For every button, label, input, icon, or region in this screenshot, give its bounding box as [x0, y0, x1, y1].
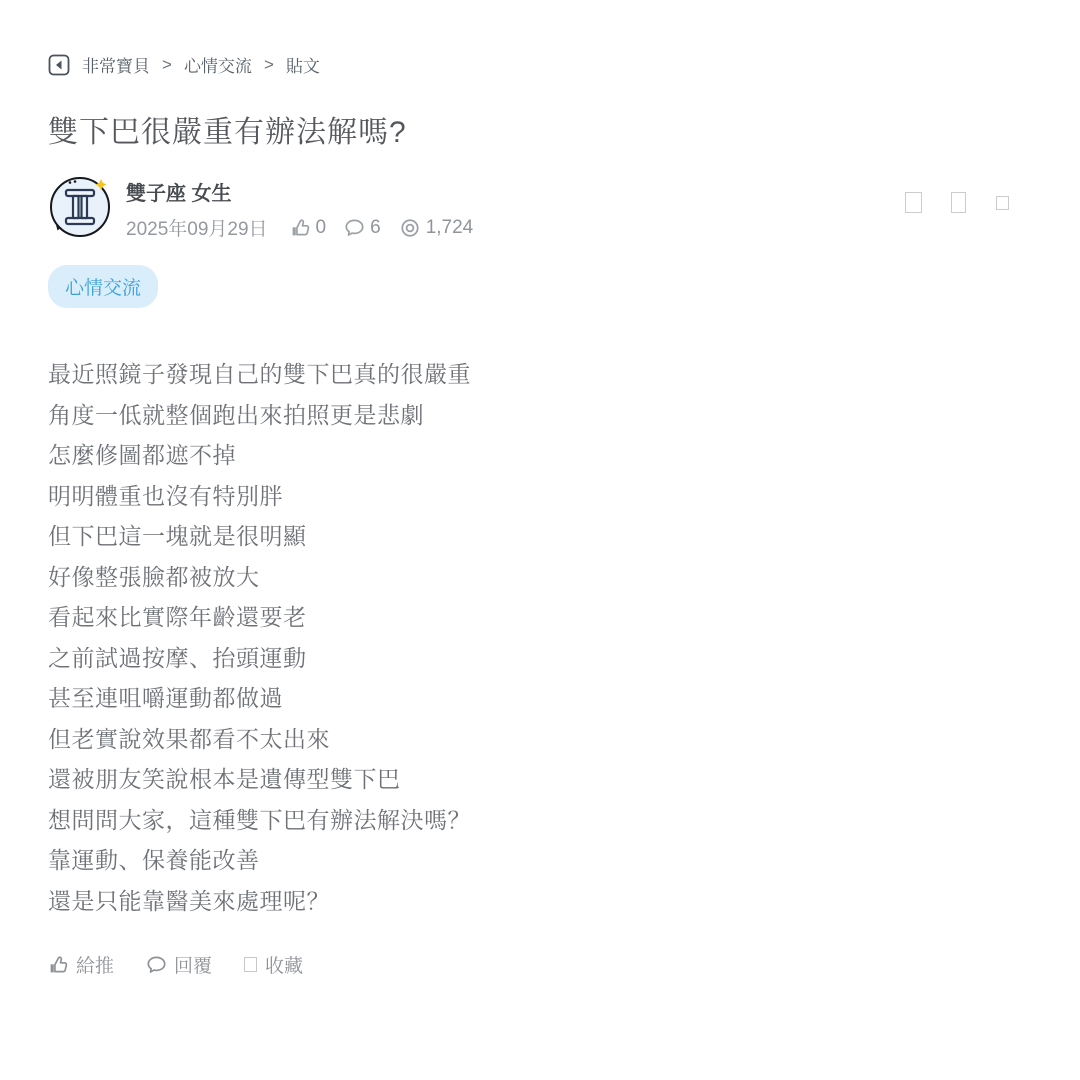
back-button[interactable] — [48, 54, 70, 76]
breadcrumb-separator: > — [162, 55, 172, 75]
date-stats-row: 2025年09月29日 0 6 — [126, 214, 491, 241]
footer-actions: 給推 回覆 收藏 — [48, 951, 1032, 978]
author-avatar[interactable] — [48, 175, 112, 239]
bookmark-icon-placeholder — [244, 957, 257, 972]
body-line: 好像整張臉都被放大 — [48, 557, 1032, 598]
views-stat: 1,724 — [399, 217, 474, 239]
action-icon-placeholder-1[interactable] — [905, 192, 922, 213]
post-date: 2025年09月29日 — [126, 214, 268, 241]
body-line: 之前試過按摩、抬頭運動 — [48, 638, 1032, 679]
author-name[interactable]: 雙子座 女生 — [126, 177, 491, 206]
body-line: 還是只能靠醫美來處理呢？ — [48, 881, 1032, 922]
comment-bubble-icon — [344, 217, 365, 238]
tag-row: 心情交流 — [48, 265, 1032, 308]
body-line: 想問問大家，這種雙下巴有辦法解決嗎？ — [48, 800, 1032, 841]
body-line: 但老實說效果都看不太出來 — [48, 719, 1032, 760]
post-title: 雙下巴很嚴重有辦法解嗎? — [48, 107, 1032, 151]
body-line: 最近照鏡子發現自己的雙下巴真的很嚴重 — [48, 354, 1032, 395]
views-count: 1,724 — [426, 217, 474, 239]
bookmark-button-label: 收藏 — [265, 951, 303, 978]
body-line: 看起來比實際年齡還要老 — [48, 597, 1032, 638]
author-row: 雙子座 女生 2025年09月29日 0 6 — [48, 175, 1032, 241]
breadcrumb-item-post[interactable]: 貼文 — [286, 52, 320, 77]
thumbs-up-icon — [48, 954, 69, 975]
breadcrumb: 非常寶貝 > 心情交流 > 貼文 — [48, 52, 1032, 77]
action-icon-placeholder-2[interactable] — [951, 192, 966, 213]
body-line: 角度一低就整個跑出來拍照更是悲劇 — [48, 395, 1032, 436]
eye-icon — [399, 217, 421, 239]
gemini-zodiac-icon — [48, 175, 112, 239]
like-button[interactable]: 給推 — [48, 951, 114, 978]
breadcrumb-item-board[interactable]: 非常寶貝 — [82, 52, 150, 77]
body-line: 還被朋友笑說根本是遺傳型雙下巴 — [48, 759, 1032, 800]
breadcrumb-separator: > — [264, 55, 274, 75]
post-page: 非常寶貝 > 心情交流 > 貼文 雙下巴很嚴重有辦法解嗎? — [0, 0, 1080, 1080]
action-icon-placeholder-3[interactable] — [996, 196, 1009, 210]
likes-stat: 0 — [290, 217, 327, 239]
reply-button-label: 回覆 — [174, 951, 212, 978]
post-body: 最近照鏡子發現自己的雙下巴真的很嚴重 角度一低就整個跑出來拍照更是悲劇 怎麼修圖… — [48, 354, 1032, 921]
body-line: 明明體重也沒有特別胖 — [48, 476, 1032, 517]
body-line: 但下巴這一塊就是很明顯 — [48, 516, 1032, 557]
bookmark-button[interactable]: 收藏 — [244, 951, 303, 978]
comments-stat: 6 — [344, 217, 381, 239]
likes-count: 0 — [316, 217, 327, 239]
body-line: 怎麼修圖都遮不掉 — [48, 435, 1032, 476]
breadcrumb-item-category[interactable]: 心情交流 — [184, 52, 252, 77]
like-button-label: 給推 — [76, 951, 114, 978]
body-line: 甚至連咀嚼運動都做過 — [48, 678, 1032, 719]
back-icon — [48, 54, 70, 76]
comments-count: 6 — [370, 217, 381, 239]
comment-bubble-icon — [146, 954, 167, 975]
category-tag[interactable]: 心情交流 — [48, 265, 158, 308]
reply-button[interactable]: 回覆 — [146, 951, 212, 978]
corner-actions — [905, 192, 1015, 214]
body-line: 靠運動、保養能改善 — [48, 840, 1032, 881]
thumbs-up-icon — [290, 217, 311, 238]
author-meta: 雙子座 女生 2025年09月29日 0 6 — [126, 175, 491, 241]
